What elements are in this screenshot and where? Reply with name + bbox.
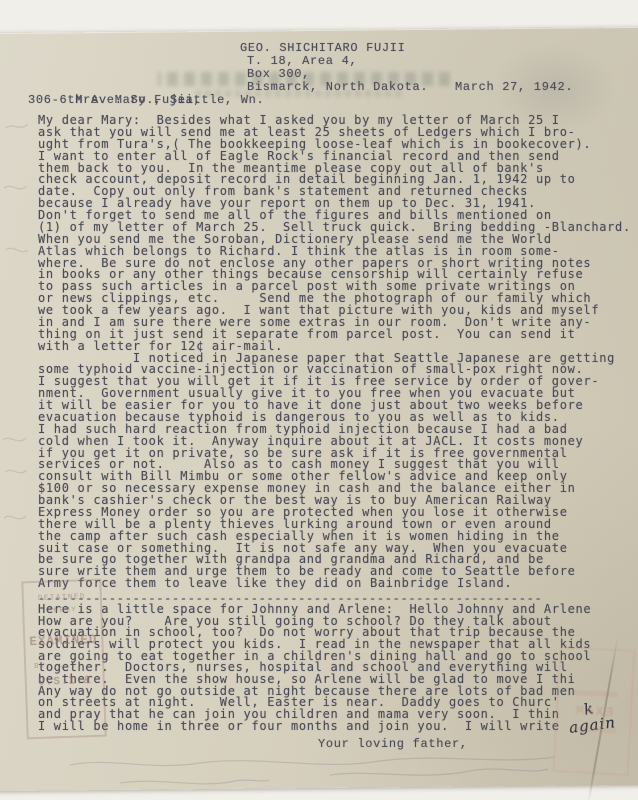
bleedthrough-stamp-text: EXAM: [574, 702, 614, 719]
censor-stamp-text: ENEMY: [47, 605, 77, 619]
letter-date: March 27, 1942.: [455, 81, 573, 94]
censor-stamp-text: U.S.I.&: [38, 675, 92, 689]
recipient-address: 306-6th Ave. So., Seattle, Wn.: [28, 94, 264, 107]
censor-stamp: DETAINED ENEMY EXAMINED BY...... U.S.I.&: [21, 579, 106, 740]
bleedthrough-handwriting: [0, 735, 638, 795]
sender-city: Bismarck, North Dakota.: [247, 81, 428, 94]
censor-stamp-text: DETAINED: [38, 591, 86, 606]
censor-stamp-text: EXAMINED: [29, 633, 97, 649]
censor-stamp-text: BY......: [26, 661, 84, 671]
letter-body: My dear Mary: Besides what I asked you b…: [38, 115, 631, 590]
letter-content: GEO. SHICHITARO FUJII T. 18, Area 4, Box…: [0, 0, 638, 800]
margin-pencil-marks: [0, 110, 34, 630]
children-section: Here is a little space for Johnny and Ar…: [38, 604, 591, 732]
bleedthrough-stamp-bar: [570, 725, 616, 732]
bleedthrough-stamp-bar: [572, 689, 618, 696]
scanned-letter-page: GEO. SHICHITARO FUJII T. 18, Area 4, Box…: [0, 0, 638, 800]
